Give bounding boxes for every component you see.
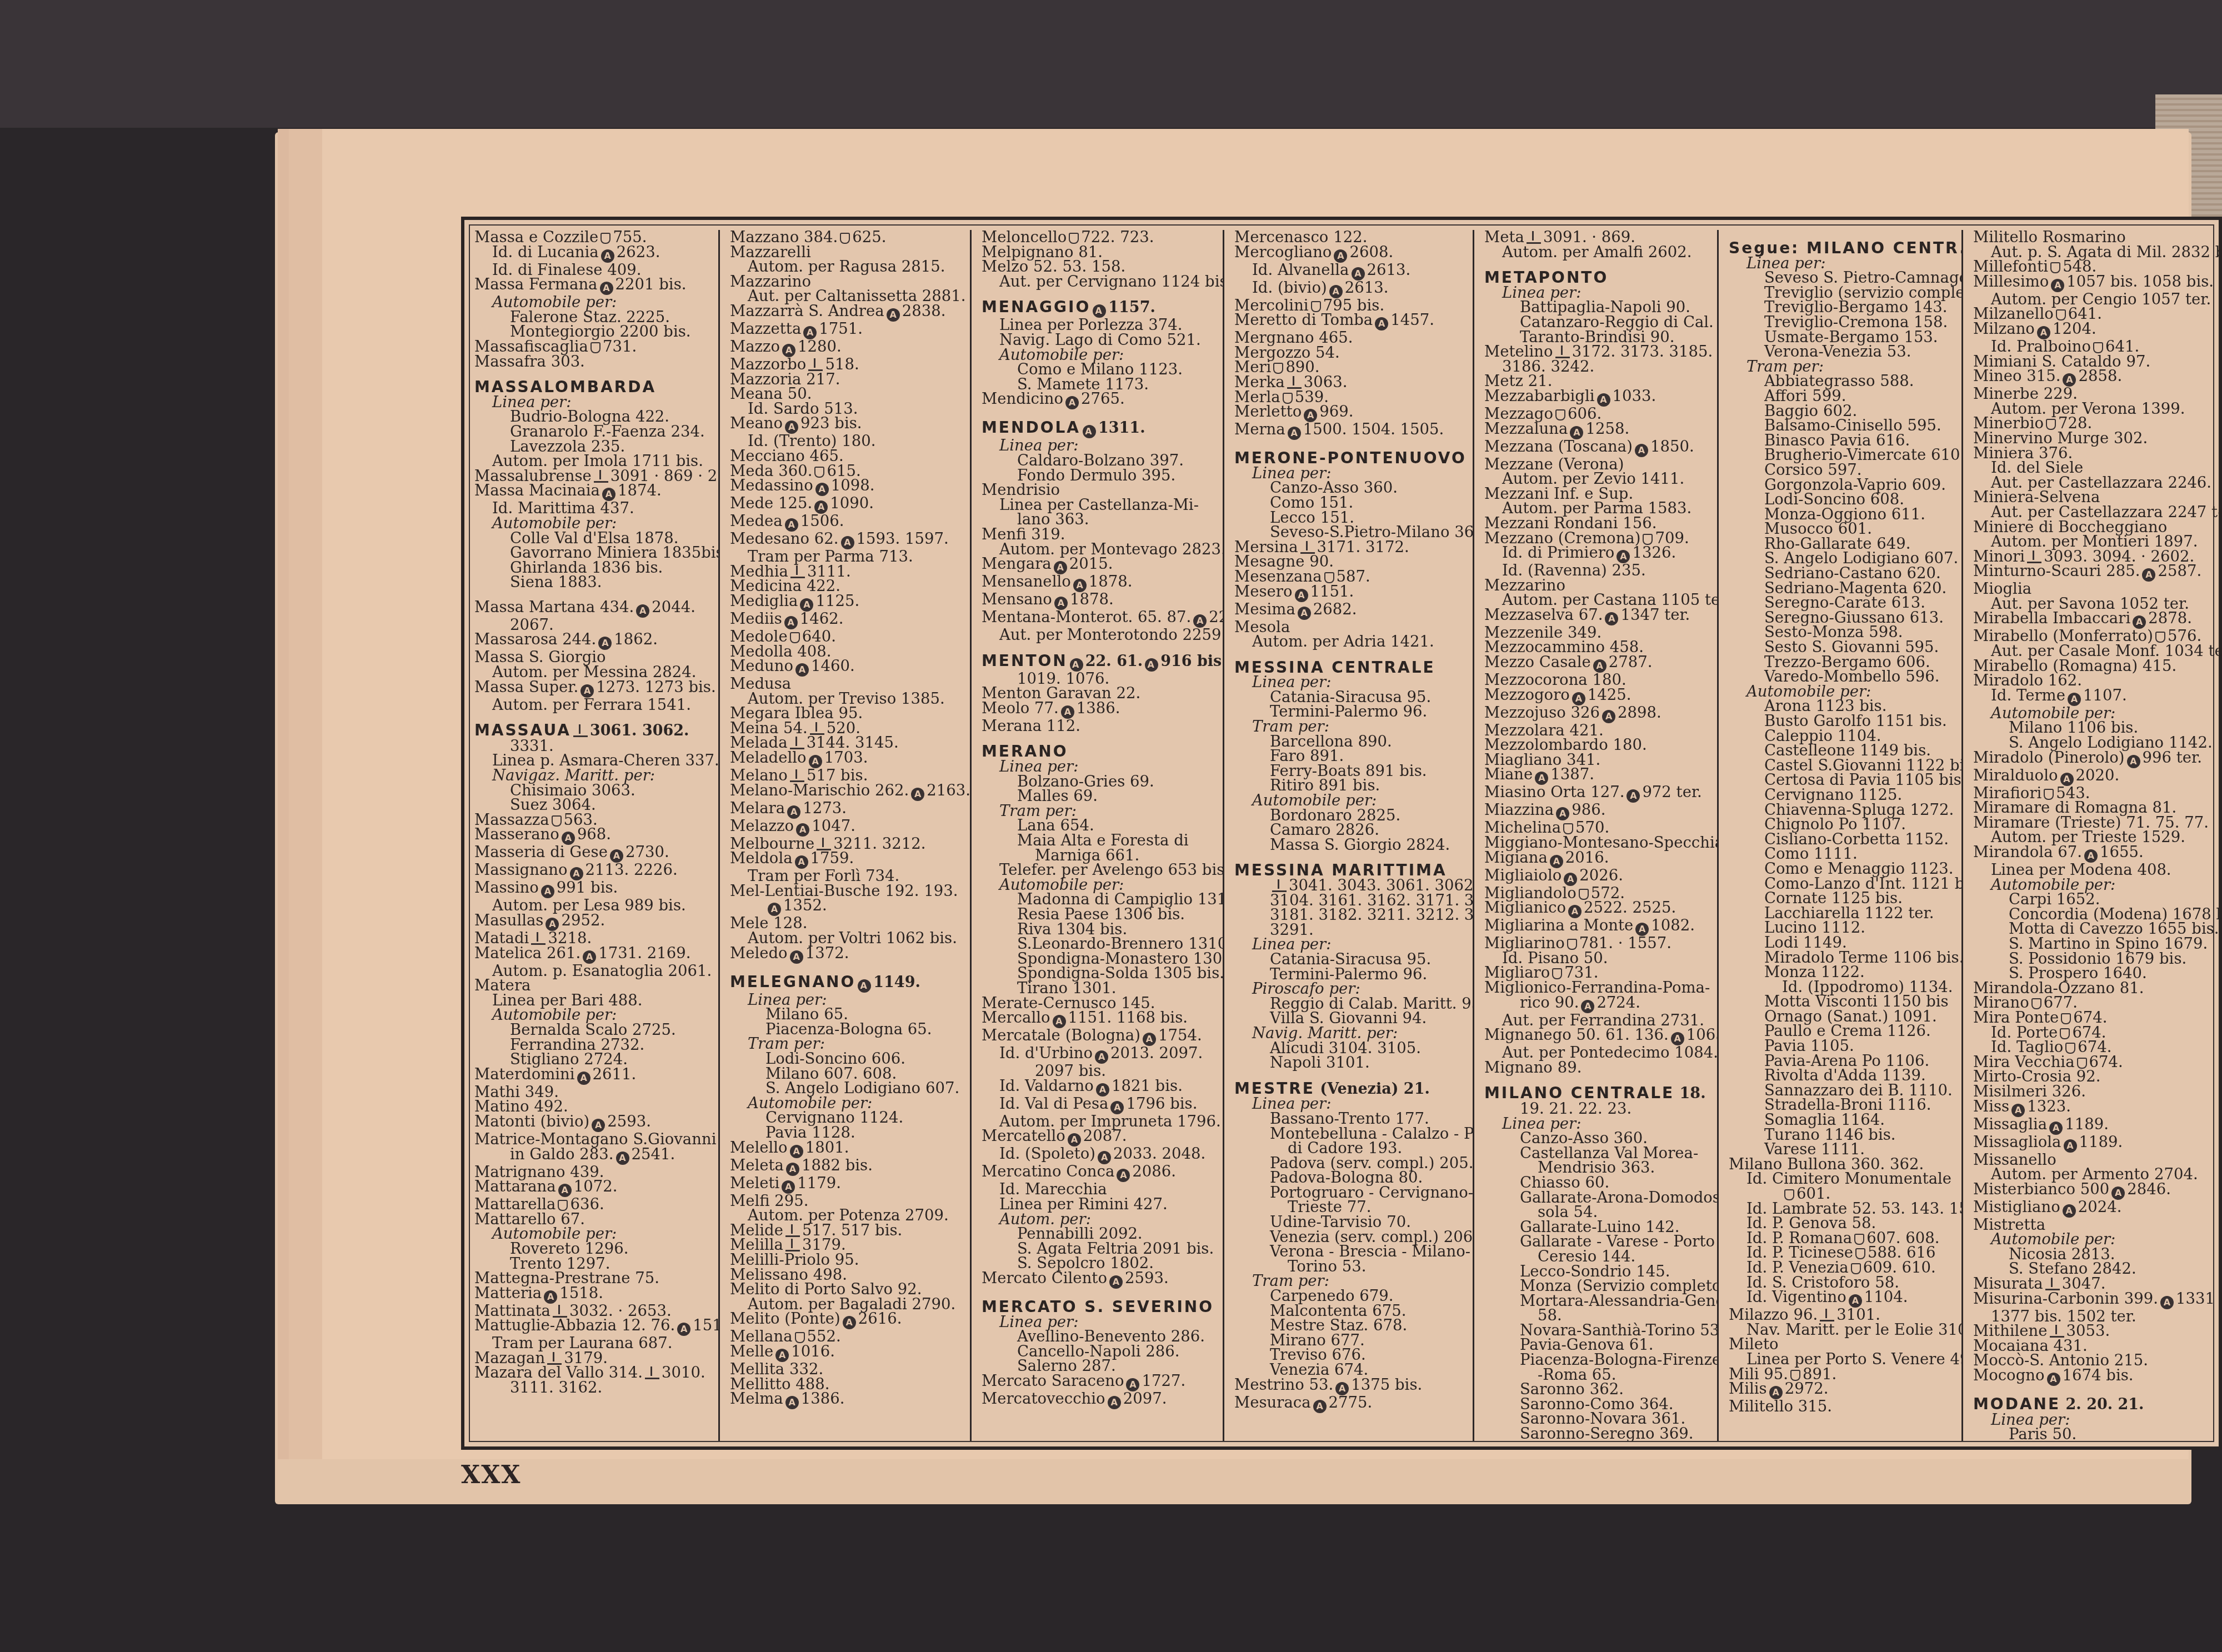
entry-text: Meldola bbox=[730, 849, 793, 867]
index-entry: Pavia-Arena Po 1106. bbox=[1729, 1054, 1961, 1069]
table-refs: 1273. 1273 bis. bbox=[596, 678, 715, 696]
index-entry: Motta di Cavezzo 1655 bis. bbox=[1973, 922, 2222, 937]
automobile-circle-icon: A bbox=[1288, 427, 1301, 440]
tram-bell-icon bbox=[814, 467, 824, 478]
index-entry: Autom. per Impruneta 1796. bbox=[982, 1114, 1223, 1129]
index-entry: MensanelloA1878. bbox=[982, 574, 1223, 592]
table-refs: 2044. bbox=[652, 598, 695, 616]
entry-text: Mesima bbox=[1234, 600, 1295, 618]
table-refs: 1727. bbox=[1142, 1372, 1185, 1390]
table-refs: 968. bbox=[577, 825, 611, 843]
index-entry: Alicudi 3104. 3105. bbox=[1234, 1041, 1473, 1056]
index-entry: Id. d'UrbinoA2013. 2097. bbox=[982, 1046, 1223, 1064]
tram-bell-icon bbox=[1273, 363, 1283, 374]
index-entry: Mirabella ImbaccariA2878. bbox=[1973, 611, 2222, 629]
table-refs: 2020. bbox=[2076, 767, 2120, 784]
entry-text: Id. Val di Pesa bbox=[999, 1095, 1108, 1113]
table-refs: 1425. bbox=[1588, 686, 1632, 704]
table-refs: 1751. bbox=[819, 320, 863, 338]
index-entry: Linea per: bbox=[1234, 937, 1473, 952]
index-column-1: Massa e Cozzile755.Id. di LucaniaA2623.I… bbox=[464, 230, 718, 1441]
entry-text: Meledo bbox=[730, 944, 788, 962]
index-entry: Autom. per: bbox=[982, 1212, 1223, 1227]
table-refs: 1273. bbox=[803, 799, 847, 817]
index-entry: Automobile per: bbox=[474, 516, 718, 531]
index-entry: Id. di PrimieroA1326. bbox=[1484, 545, 1717, 563]
index-entry: Busto Garolfo 1151 bis. bbox=[1729, 714, 1961, 729]
index-entry: 1377 bis. 1502 ter. bbox=[1973, 1309, 2222, 1324]
index-entry: Id. P. Venezia609. 610. bbox=[1729, 1260, 1961, 1275]
index-entry: Saronno-Seregno 369. bbox=[1484, 1426, 1717, 1441]
index-entry: Miradolo Terme 1106 bis. bbox=[1729, 950, 1961, 965]
index-entry: Mercato CilentoA2593. bbox=[982, 1271, 1223, 1289]
index-entry: Mazzarelli bbox=[730, 245, 970, 260]
index-entry: MigianaA2016. bbox=[1484, 850, 1717, 868]
tram-bell-icon bbox=[795, 1332, 805, 1343]
index-entry: S. Martino in Spino 1679. bbox=[1973, 937, 2222, 952]
entry-text: Misterbianco 500 bbox=[1973, 1180, 2109, 1198]
index-entry: Tram per: bbox=[1729, 359, 1961, 374]
index-entry: Taranto-Brindisi 90. bbox=[1484, 330, 1717, 345]
entry-text: Miglianico bbox=[1484, 899, 1566, 917]
index-entry: in Galdo 283.A2541. bbox=[474, 1147, 718, 1165]
index-entry: Piacenza-Bologna 65. bbox=[730, 1022, 970, 1037]
index-entry: 3331. bbox=[474, 739, 718, 754]
index-entry: MedeaA1506. bbox=[730, 514, 970, 532]
entry-text: Id. (bivio) bbox=[1252, 279, 1327, 297]
entry-text: Mercallo bbox=[982, 1009, 1050, 1027]
index-entry: Mezzana (Toscana)A1850. bbox=[1484, 439, 1717, 457]
index-entry: Linea per: bbox=[1234, 466, 1473, 481]
index-entry: Mentana-Monterot. 65. 87.A2257. bbox=[982, 610, 1223, 628]
index-entry: Miagliano 341. bbox=[1484, 753, 1717, 768]
index-entry: sola 54. bbox=[1484, 1205, 1717, 1220]
index-entry: Tram per: bbox=[1234, 1274, 1473, 1289]
index-entry: Id. Porte674. bbox=[1973, 1025, 2222, 1040]
table-refs: 1104. bbox=[1864, 1288, 1908, 1306]
index-entry: Merka3063. bbox=[1234, 375, 1473, 390]
index-entry: MissA1323. bbox=[1973, 1099, 2222, 1117]
index-entry: Autom. per Zevio 1411. bbox=[1484, 472, 1717, 487]
index-entry: S. Sepolcro 1802. bbox=[982, 1256, 1223, 1271]
index-entry: Lecco 151. bbox=[1234, 510, 1473, 525]
index-entry: Merana 112. bbox=[982, 719, 1223, 734]
table-refs: 996 ter. bbox=[2143, 749, 2202, 767]
index-entry: Balsamo-Cinisello 595. bbox=[1729, 418, 1961, 433]
index-entry: MianeA1387. bbox=[1484, 767, 1717, 785]
table-refs: 2541. bbox=[632, 1145, 675, 1163]
index-entry: Certosa di Pavia 1105 bis. bbox=[1729, 773, 1961, 788]
ship-anchor-icon bbox=[594, 470, 608, 483]
table-refs: 1151. bbox=[1310, 583, 1354, 600]
index-entry: Autom. per Treviso 1385. bbox=[730, 692, 970, 707]
entry-text: Melle bbox=[730, 1343, 773, 1360]
entry-text: Massarosa 244. bbox=[474, 630, 596, 648]
automobile-circle-icon: A bbox=[887, 308, 900, 322]
index-entry: Mercato SaracenoA1727. bbox=[982, 1374, 1223, 1391]
automobile-circle-icon: A bbox=[2063, 1204, 2076, 1218]
index-entry: Misilmeri 326. bbox=[1973, 1084, 2222, 1099]
heading-text: MELEGNANO bbox=[730, 973, 855, 991]
index-entry: Mistretta bbox=[1973, 1218, 2222, 1233]
index-entry: Massa FermanaA2201 bis. bbox=[474, 277, 718, 295]
index-entry: Mesenzana587. bbox=[1234, 569, 1473, 584]
index-entry: Linea per: bbox=[1484, 1117, 1717, 1132]
index-entry: Linea per: bbox=[982, 759, 1223, 774]
index-entry: Automobile per: bbox=[730, 1096, 970, 1111]
index-entry: Mendrisio 363. bbox=[1484, 1160, 1717, 1175]
entry-text: Mocogno bbox=[1973, 1366, 2045, 1384]
index-entry: Rivolta d'Adda 1139. bbox=[1729, 1068, 1961, 1083]
index-entry: Milano Bullona 360. 362. bbox=[1729, 1157, 1961, 1172]
index-entry: Aut. per Ferrandina 2731. bbox=[1484, 1013, 1717, 1028]
index-entry: MassinoA991 bis. bbox=[474, 880, 718, 898]
automobile-circle-icon: A bbox=[616, 1152, 629, 1165]
index-entry: Linea per: bbox=[1234, 675, 1473, 690]
index-entry: Minerbio728. bbox=[1973, 416, 2222, 431]
index-entry: Gallarate - Varese - Porto bbox=[1484, 1234, 1717, 1249]
entry-text: Mestrino 53. bbox=[1234, 1376, 1333, 1394]
entry-text: Mazzetta bbox=[730, 320, 801, 338]
index-entry: MelleA1016. bbox=[730, 1344, 970, 1362]
index-entry: Id. Pralboino641. bbox=[1973, 339, 2222, 354]
ship-anchor-icon bbox=[1527, 231, 1541, 244]
index-entry: Gallarate-Luino 142. bbox=[1484, 1220, 1717, 1235]
index-entry: MercalloA1151. 1168 bis. bbox=[982, 1010, 1223, 1028]
index-entry: Castellanza Val Morea- bbox=[1484, 1146, 1717, 1161]
index-entry: Rovereto 1296. bbox=[474, 1241, 718, 1256]
index-entry: Bassano-Trento 177. bbox=[1234, 1112, 1473, 1127]
index-entry: MillesimoA1057 bis. 1058 bis. bbox=[1973, 274, 2222, 292]
index-entry: Melide517. 517 bis. bbox=[730, 1223, 970, 1238]
index-entry: Catanzaro-Reggio di Cal. 92 bbox=[1484, 315, 1717, 330]
index-entry: Bolzano-Gries 69. bbox=[982, 774, 1223, 789]
table-refs: 1754. bbox=[1158, 1027, 1202, 1044]
index-entry: Autom. per Castana 1105 ter. bbox=[1484, 593, 1717, 608]
entry-text: Meduno bbox=[730, 657, 793, 675]
entry-text: Saronno-Laveno 367. bbox=[1520, 1440, 1685, 1441]
automobile-circle-icon: A bbox=[1108, 1396, 1121, 1409]
index-entry: 3104. 3161. 3162. 3171. 3179. bbox=[1234, 893, 1473, 908]
table-refs: 2952. bbox=[561, 912, 605, 929]
table-refs: 1460. bbox=[811, 657, 855, 675]
table-refs: 1850. bbox=[1650, 438, 1694, 455]
index-entry: Autom. per Adria 1421. bbox=[1234, 634, 1473, 649]
index-entry: MesuracaA2775. bbox=[1234, 1395, 1473, 1413]
table-refs: 1882 bis. bbox=[802, 1157, 873, 1174]
index-entry: Cornate 1125 bis. bbox=[1729, 891, 1961, 906]
table-refs: 2775. bbox=[1329, 1394, 1373, 1411]
entry-text: Id. d'Urbino bbox=[999, 1044, 1093, 1062]
index-entry: Linea per: bbox=[982, 438, 1223, 453]
index-entry: Salerno 287. bbox=[982, 1359, 1223, 1374]
station-heading: MERANO bbox=[982, 744, 1223, 759]
index-entry: Mignanego 50. 61. 136.A1065. bbox=[1484, 1028, 1717, 1045]
index-entry: Medole640. bbox=[730, 629, 970, 644]
index-entry: Mede 125.A1090. bbox=[730, 496, 970, 514]
index-entry: Tirano 1301. bbox=[982, 981, 1223, 996]
index-entry: Miradolo (Pinerolo)A996 ter. bbox=[1973, 750, 2222, 768]
entry-text: Matonti (bivio) bbox=[474, 1113, 589, 1130]
index-entry: Id. (Ippodromo) 1134. bbox=[1729, 980, 1961, 995]
entry-text: Militello 315. bbox=[1729, 1398, 1832, 1415]
index-entry: Sedriano-Magenta 620. bbox=[1729, 581, 1961, 596]
table-refs: 625. bbox=[852, 230, 886, 246]
entry-text: Massa Martana 434. bbox=[474, 598, 634, 616]
tram-bell-icon bbox=[1563, 823, 1573, 834]
index-entry: Automobile per: bbox=[1973, 1232, 2222, 1247]
index-entry: Automobile per: bbox=[474, 1008, 718, 1023]
index-entry: MeledoA1372. bbox=[730, 946, 970, 964]
entry-text: Melito (Ponte) bbox=[730, 1310, 840, 1328]
automobile-circle-icon: A bbox=[577, 1072, 590, 1085]
entry-text: Melma bbox=[730, 1390, 783, 1408]
index-entry: Mezzolara 421. bbox=[1484, 723, 1717, 738]
table-refs: 923 bis. bbox=[800, 414, 862, 432]
index-entry: Caleppio 1104. bbox=[1729, 729, 1961, 744]
entry-text: Mazzo bbox=[730, 338, 780, 356]
index-column-6: Segue: MILANO CENTR.Linea per:Seveso S. … bbox=[1717, 230, 1961, 1441]
table-refs: 1280. bbox=[798, 338, 842, 356]
index-entry: Treviso 676. bbox=[1234, 1348, 1473, 1363]
index-entry: Linea per Bari 488. bbox=[474, 993, 718, 1008]
automobile-circle-icon: A bbox=[1065, 396, 1079, 409]
index-entry: Lodi-Soncino 606. bbox=[730, 1052, 970, 1067]
automobile-circle-icon: A bbox=[1109, 1275, 1123, 1289]
index-entry: Massazza563. bbox=[474, 813, 718, 828]
index-entry: Misurata3047. bbox=[1973, 1276, 2222, 1291]
station-heading: MASSAUA3061. 3062. bbox=[474, 723, 718, 739]
index-entry: Mele 128. bbox=[730, 916, 970, 931]
ship-anchor-icon bbox=[1287, 376, 1302, 389]
index-entry: Mercatale (Bologna)A1754. bbox=[982, 1028, 1223, 1046]
index-entry: Melano-Marischio 262.A2163. bbox=[730, 783, 970, 801]
table-refs: 1311. bbox=[1098, 419, 1145, 437]
index-entry: Ferry-Boats 891 bis. bbox=[1234, 764, 1473, 779]
tram-bell-icon bbox=[2077, 1058, 2087, 1069]
tram-bell-icon bbox=[1851, 1263, 1861, 1274]
index-entry: MiazzinaA986. bbox=[1484, 803, 1717, 820]
index-entry: Mirano677. bbox=[1973, 995, 2222, 1010]
index-entry: A1352. bbox=[730, 898, 970, 916]
index-entry: Lavezzola 235. bbox=[474, 439, 718, 454]
entry-text: Melazzo bbox=[730, 817, 794, 835]
index-column-4: Mercenasco 122.MercoglianoA2608.Id. Alva… bbox=[1223, 230, 1473, 1441]
table-refs: 1204. bbox=[2053, 320, 2096, 338]
index-entry: Melzo 52. 53. 158. bbox=[982, 259, 1223, 274]
index-entry: Mendrisio bbox=[982, 483, 1223, 498]
index-entry: Id. ValdarnoA1821 bis. bbox=[982, 1079, 1223, 1097]
entry-text: Mercogliano bbox=[1234, 243, 1332, 261]
entry-text: Saronno-Seregno 369. bbox=[1520, 1425, 1694, 1441]
entry-text: Id. di Primiero bbox=[1502, 544, 1614, 562]
entry-text: Mentana-Monterot. 65. 87. bbox=[982, 608, 1191, 626]
index-entry: Siena 1883. bbox=[474, 575, 718, 590]
index-entry: MediisA1462. bbox=[730, 612, 970, 629]
index-entry: Milano 607. 608. bbox=[730, 1067, 970, 1082]
index-entry: Aut. per Pontedecimo 1084. bbox=[1484, 1045, 1717, 1060]
index-entry: Lodi-Soncino 608. bbox=[1729, 492, 1961, 507]
entry-text: Meretto di Tomba bbox=[1234, 311, 1373, 329]
index-entry: Aut. per Cervignano 1124 bis. bbox=[982, 274, 1223, 289]
index-entry: Medolla 408. bbox=[730, 644, 970, 659]
index-entry: Seregno-Carate 613. bbox=[1729, 595, 1961, 610]
entry-text: Mercatovecchio bbox=[982, 1390, 1105, 1408]
index-entry: Como 1111. bbox=[1729, 847, 1961, 862]
index-entry: Trento 1297. bbox=[474, 1256, 718, 1271]
table-refs: 1149. bbox=[873, 974, 920, 991]
index-table-frame: Massa e Cozzile755.Id. di LucaniaA2623.I… bbox=[461, 217, 2222, 1450]
index-entry: Linea per Porlezza 374. bbox=[982, 318, 1223, 333]
table-refs: 2765. bbox=[1081, 390, 1125, 408]
entry-text: Miane bbox=[1484, 765, 1533, 783]
index-entry: Trezzo-Bergamo 606. bbox=[1729, 655, 1961, 670]
index-entry: Autom. per Ragusa 2815. bbox=[730, 259, 970, 274]
index-entry: Massafra 303. bbox=[474, 354, 718, 369]
table-refs: 2593. bbox=[607, 1113, 651, 1130]
entry-text: Massa Super. bbox=[474, 678, 578, 696]
index-entry: S. Agata Feltria 2091 bis. bbox=[982, 1241, 1223, 1256]
index-entry: Mioglia bbox=[1973, 582, 2222, 597]
index-entry: Saronno-Como 364. bbox=[1484, 1397, 1717, 1412]
tram-bell-icon bbox=[2061, 1013, 2071, 1024]
table-refs: 2026. bbox=[1579, 867, 1623, 884]
index-entry: Stigliano 2724. bbox=[474, 1052, 718, 1067]
index-entry: Massa Martana 434.A2044. bbox=[474, 600, 718, 618]
entry-text: Mengara bbox=[982, 555, 1052, 573]
index-entry: Navig. Lago di Como 521. bbox=[982, 333, 1223, 348]
automobile-circle-icon: A bbox=[911, 788, 924, 801]
index-entry: S. Prospero 1640. bbox=[1973, 966, 2222, 981]
automobile-circle-icon: A bbox=[2160, 1296, 2174, 1309]
index-entry: Treviglio-Bergamo 143. bbox=[1729, 300, 1961, 315]
table-refs: 2013. 2097. bbox=[1110, 1044, 1203, 1062]
table-refs: 2608. bbox=[1349, 243, 1393, 261]
entry-text: Mendicino bbox=[982, 390, 1063, 408]
index-entry: Trieste 77. bbox=[1234, 1200, 1473, 1215]
tram-bell-icon bbox=[1643, 534, 1653, 545]
index-entry: Mellita 332. bbox=[730, 1362, 970, 1377]
index-entry: Masseria di GeseA2730. bbox=[474, 845, 718, 863]
tram-bell-icon bbox=[2155, 632, 2165, 643]
index-entry: Fondo Dermulo 395. bbox=[982, 468, 1223, 483]
index-entry: Id. Pisano 50. bbox=[1484, 951, 1717, 966]
index-entry: Varedo-Mombello 596. bbox=[1729, 669, 1961, 684]
table-refs: 1352. bbox=[783, 897, 827, 914]
tram-bell-icon bbox=[1324, 572, 1334, 583]
index-entry: Metz 21. bbox=[1484, 374, 1717, 389]
index-entry: Cervignano 1124. bbox=[730, 1110, 970, 1125]
entry-text: Merletto bbox=[1234, 403, 1302, 420]
entry-text: Medesano 62. bbox=[730, 530, 839, 548]
index-entry: Monza-Oggiono 611. bbox=[1729, 507, 1961, 522]
index-entry: Musocco 601. bbox=[1729, 522, 1961, 537]
table-refs: 1731. 2169. bbox=[598, 944, 690, 962]
index-entry: Torino 53. bbox=[1234, 1259, 1473, 1274]
index-entry: Venezia 674. bbox=[1234, 1363, 1473, 1378]
tram-bell-icon bbox=[1311, 301, 1321, 312]
automobile-circle-icon: A bbox=[1605, 612, 1618, 625]
index-entry: MiralduoloA2020. bbox=[1973, 768, 2222, 786]
tram-bell-icon bbox=[1790, 1370, 1800, 1381]
entry-text: Mel-Lentiai-Busche 192. 193. bbox=[730, 882, 958, 900]
index-entry: Nav. Maritt. per le Eolie 3102 bbox=[1729, 1323, 1961, 1338]
table-refs: 2587. bbox=[2158, 562, 2201, 580]
entry-text: Id. Cimitero Monumentale bbox=[1746, 1170, 1951, 1188]
index-entry: Baggio 602. bbox=[1729, 404, 1961, 419]
index-entry: Sannazzaro dei B. 1110. bbox=[1729, 1083, 1961, 1098]
index-entry: Moccò-S. Antonio 215. bbox=[1973, 1353, 2222, 1368]
index-entry: Lodi 1149. bbox=[1729, 935, 1961, 950]
index-entry: Automobile per: bbox=[474, 1227, 718, 1241]
table-refs: 1386. bbox=[801, 1390, 845, 1408]
index-entry: Matadi3218. bbox=[474, 931, 718, 946]
entry-text: in Galdo 283. bbox=[510, 1145, 614, 1163]
index-entry: Autom. per Voltri 1062 bis. bbox=[730, 931, 970, 946]
index-entry: Minturno-Scauri 285.A2587. bbox=[1973, 564, 2222, 582]
entry-text: Mattuglie-Abbazia 12. 76. bbox=[474, 1316, 675, 1334]
index-entry: Melbourne3211. 3212. bbox=[730, 837, 970, 852]
table-refs: 1878. bbox=[1070, 590, 1114, 608]
tram-bell-icon bbox=[1555, 409, 1565, 420]
index-entry: Michelina570. bbox=[1484, 820, 1717, 835]
index-entry: Megara Iblea 95. bbox=[730, 706, 970, 721]
index-entry: Automobile per: bbox=[982, 348, 1223, 363]
table-refs: 1033. bbox=[1613, 387, 1657, 405]
index-entry: Massafiscaglia731. bbox=[474, 339, 718, 354]
table-refs: 1065. bbox=[1686, 1026, 1717, 1044]
station-heading: MENDOLAA1311. bbox=[982, 420, 1223, 438]
index-entry: Mirandola-Ozzano 81. bbox=[1973, 981, 2222, 996]
index-entry: MatteriaA1518. bbox=[474, 1286, 718, 1304]
index-entry: Autom. per Lesa 989 bis. bbox=[474, 898, 718, 913]
ship-anchor-icon bbox=[2027, 550, 2041, 563]
entry-text: Mercatale (Bologna) bbox=[982, 1027, 1140, 1044]
entry-text: Aut. per Cervignano 1124 bis. bbox=[999, 273, 1223, 291]
index-entry: rico 90.A2724. bbox=[1484, 995, 1717, 1013]
entry-text: Miasino Orta 127. bbox=[1484, 783, 1624, 801]
entry-text: Miralduolo bbox=[1973, 767, 2058, 784]
entry-text: Autom. per Amalfi 2602. bbox=[1502, 243, 1691, 261]
index-entry: Linea per: bbox=[1973, 1413, 2222, 1428]
index-entry: Maia Alta e Foresta di bbox=[982, 833, 1223, 848]
entry-text: Mignanego 50. 61. 136. bbox=[1484, 1026, 1669, 1044]
index-entry: Mirabello (Monferrato)576. bbox=[1973, 629, 2222, 644]
index-entry: Castel S.Giovanni 1122 bis. bbox=[1729, 758, 1961, 773]
table-refs: 18. bbox=[1674, 1085, 1705, 1102]
index-entry: Mecciano 465. bbox=[730, 449, 970, 464]
index-entry: Affori 599. bbox=[1729, 389, 1961, 404]
table-refs: 2613. bbox=[1367, 261, 1411, 279]
table-refs: 986. bbox=[1572, 801, 1605, 819]
entry-text: Paris 50. bbox=[2009, 1425, 2076, 1441]
index-entry: Canzo-Asso 360. bbox=[1484, 1131, 1717, 1146]
entry-text: Melara bbox=[730, 799, 785, 817]
index-entry: Mathi 349. bbox=[474, 1085, 718, 1100]
entry-text: Mezzaselva 67. bbox=[1484, 606, 1603, 624]
entry-text: Masserano bbox=[474, 825, 559, 843]
index-entry: Mirafiori543. bbox=[1973, 786, 2222, 801]
index-entry: MissagliaA1189. bbox=[1973, 1117, 2222, 1135]
index-entry: Gavorrano Miniera 1835bis bbox=[474, 545, 718, 560]
index-entry: Corsico 597. bbox=[1729, 463, 1961, 478]
index-entry: MelelloA1801. bbox=[730, 1140, 970, 1158]
index-entry: Id. (Spoleto)A2033. 2048. bbox=[982, 1147, 1223, 1164]
table-refs: 916 bis. bbox=[1160, 653, 1223, 670]
index-entry: Massarosa 244.A1862. bbox=[474, 632, 718, 650]
index-entry: Verona-Venezia 53. bbox=[1729, 344, 1961, 359]
index-entry: Aut. per Casale Monf. 1034 ter. bbox=[1973, 644, 2222, 659]
